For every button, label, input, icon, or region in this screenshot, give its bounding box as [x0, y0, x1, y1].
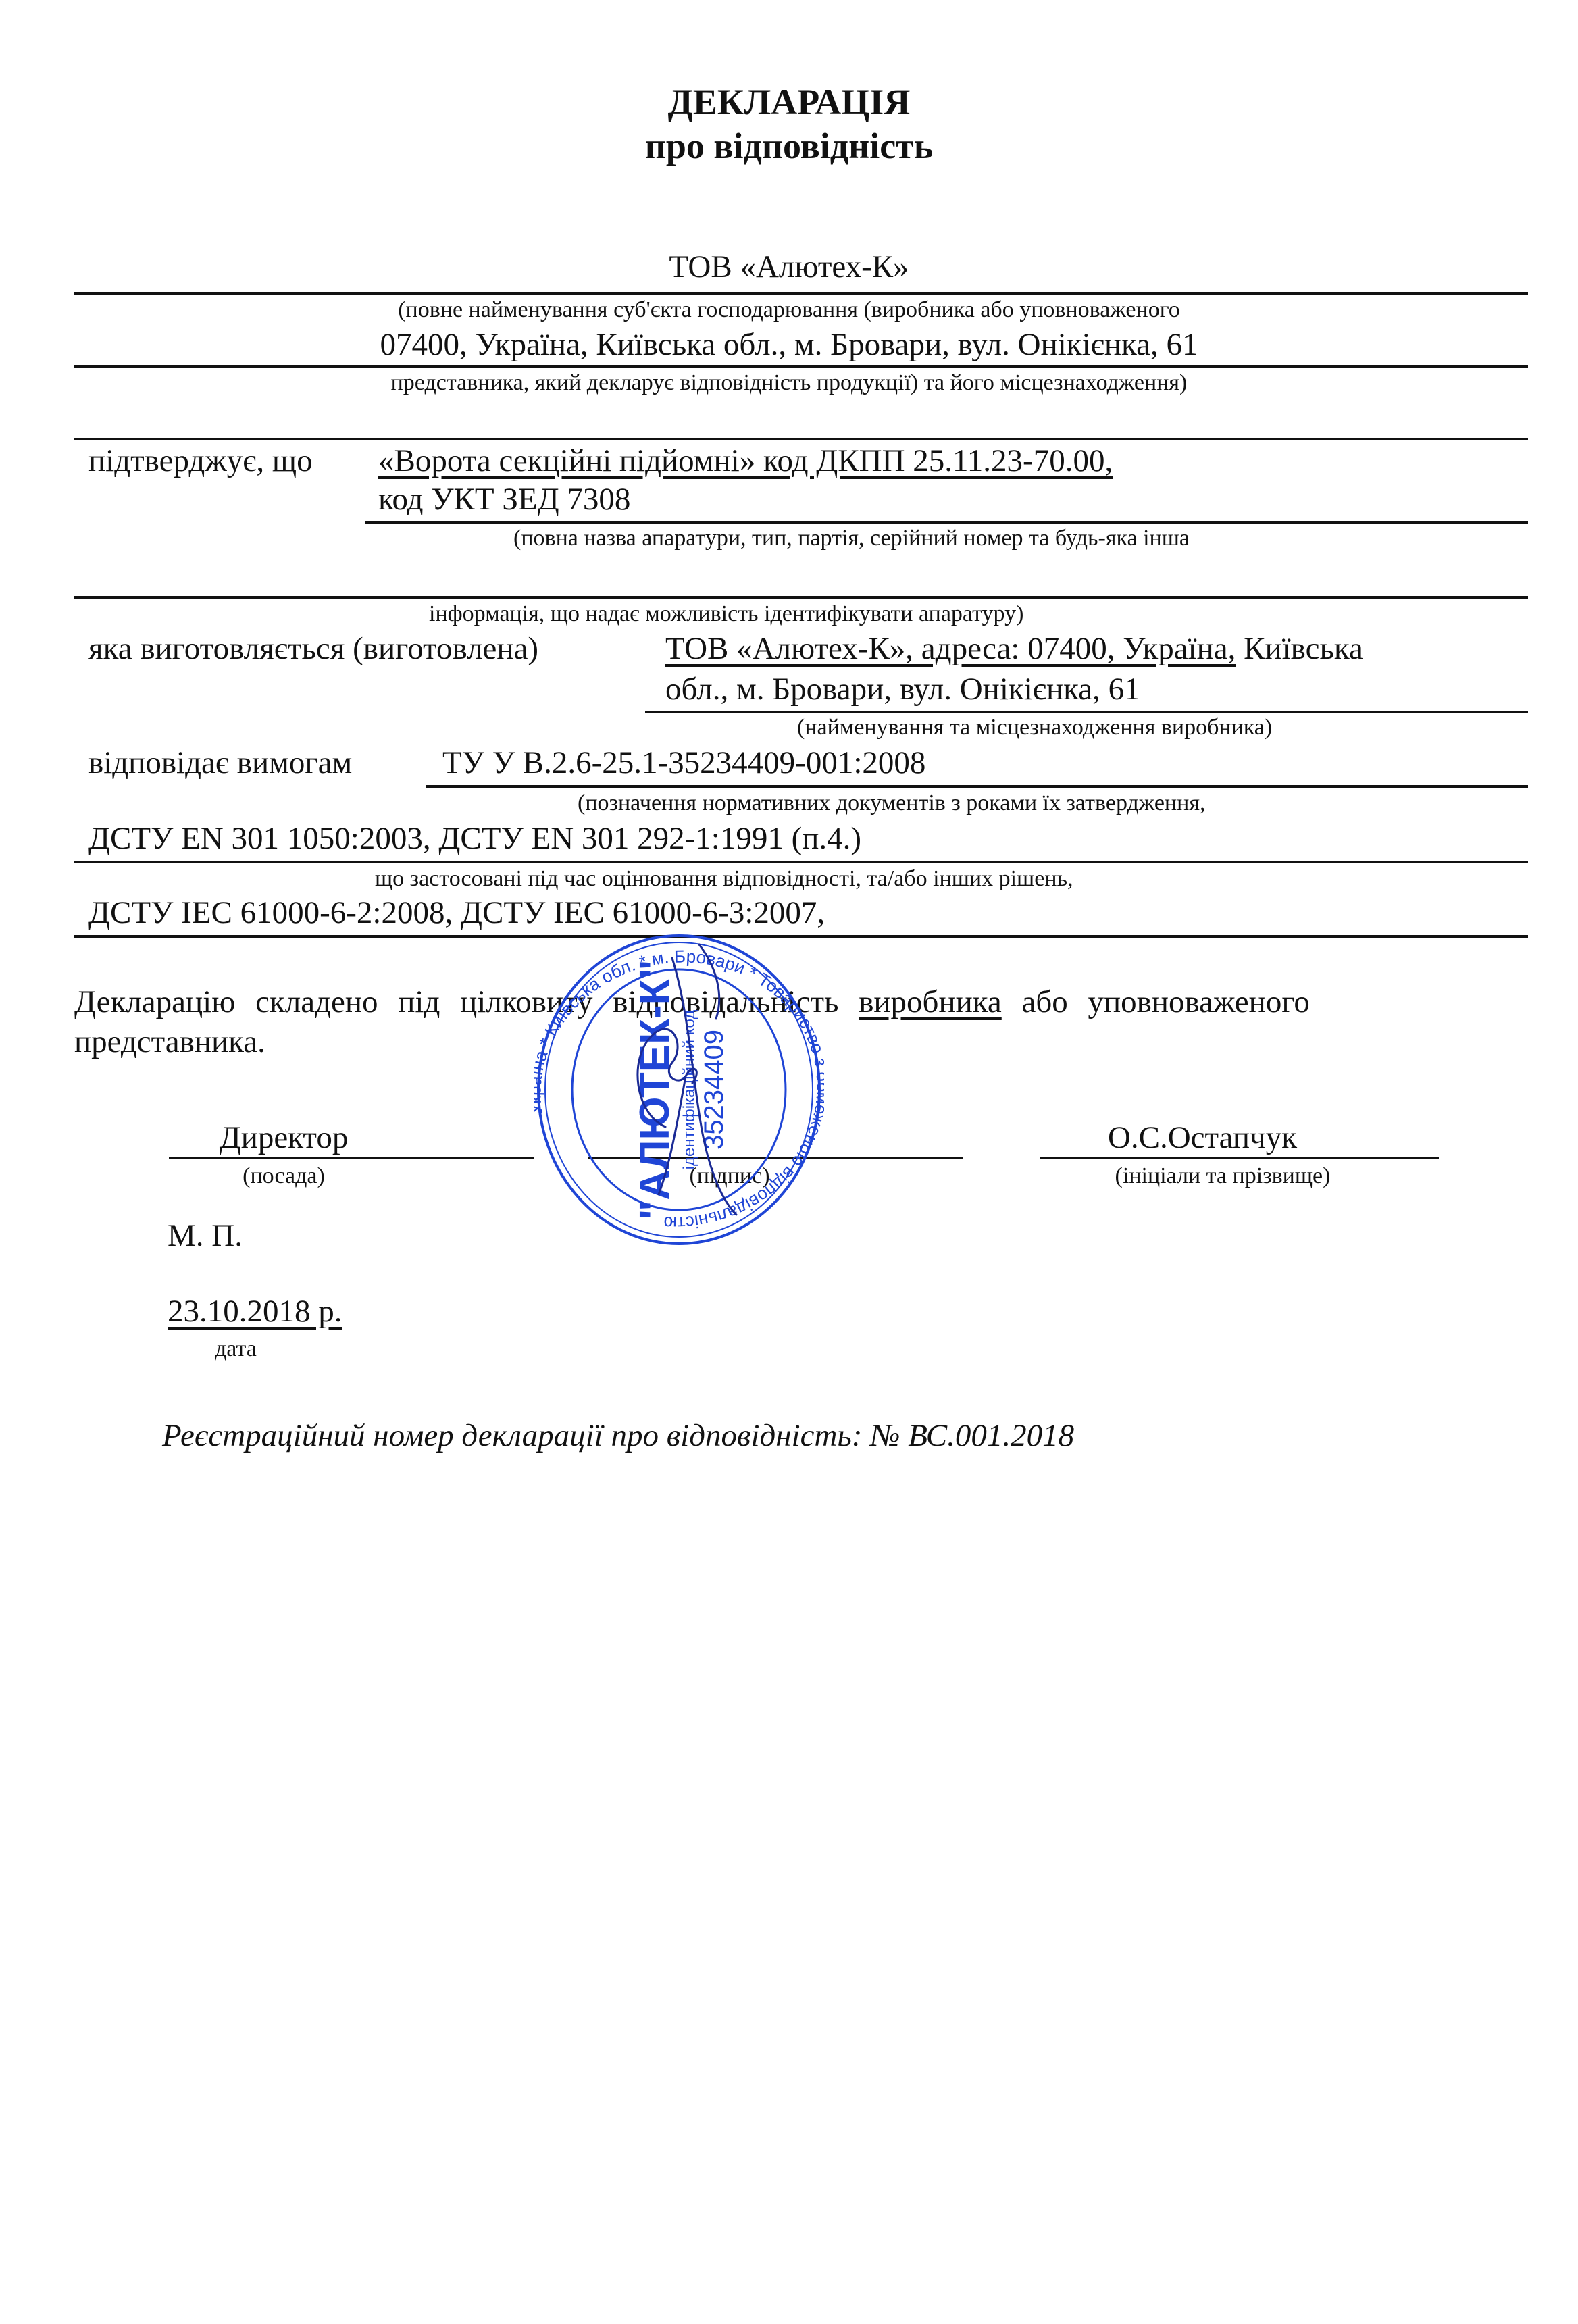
entity-name: ТОВ «Алютех-К»	[0, 249, 1578, 285]
stamp-code-value: 35234409	[699, 1030, 729, 1150]
seal-label: М. П.	[168, 1217, 243, 1254]
divider	[426, 785, 1528, 788]
divider	[74, 365, 1528, 368]
product-caption-2: інформація, що надає можливість ідентифі…	[429, 601, 1023, 627]
requirements-caption-1: (позначення нормативних документів з рок…	[578, 790, 1205, 816]
signatory-name: О.С.Остапчук	[1061, 1119, 1344, 1156]
manufacturer-line-2: обл., м. Бровари, вул. Онікієнка, 61	[665, 671, 1140, 707]
entity-name-caption: (повне найменування суб'єкта господарюва…	[0, 297, 1578, 323]
product-line-1: «Ворота секційні підйомні» код ДКПП 25.1…	[378, 443, 1113, 479]
requirements-caption-2: що застосовані під час оцінювання відпов…	[375, 866, 1073, 892]
company-stamp-icon: Україна * Київська обл. * м. Бровари * Т…	[534, 931, 824, 1248]
svg-text:Україна * Київська обл. * м. Б: Україна * Київська обл. * м. Бровари * Т…	[534, 931, 824, 1248]
document-title: ДЕКЛАРАЦІЯ	[0, 81, 1578, 123]
requirements-line-1: ТУ У В.2.6-25.1-35234409-001:2008	[442, 744, 925, 781]
responsibility-line-2: представника.	[74, 1024, 265, 1060]
document-subtitle: про відповідність	[0, 125, 1578, 167]
manufacturer-line-1: ТОВ «Алютех-К», адреса: 07400, Україна, …	[665, 630, 1363, 667]
stamp-ring-text: Україна * Київська обл. * м. Бровари * Т…	[534, 931, 824, 1248]
position-line	[169, 1157, 534, 1159]
registration-number: Реєстраційний номер декларації про відпо…	[162, 1417, 1074, 1454]
entity-address-caption: представника, який декларує відповідніст…	[0, 370, 1578, 396]
signatory-name-caption: (ініціали та прізвище)	[1054, 1163, 1392, 1189]
divider	[74, 292, 1528, 295]
requirements-line-3: ДСТУ IEC 61000-6-2:2008, ДСТУ IEC 61000-…	[88, 894, 825, 931]
product-label: підтверджує, що	[88, 443, 313, 479]
date-value: 23.10.2018 р.	[168, 1293, 342, 1330]
requirements-line-2: ДСТУ EN 301 1050:2003, ДСТУ EN 301 292-1…	[88, 820, 861, 857]
divider	[74, 596, 1528, 599]
responsibility-text-end: або уповноваженого	[1002, 984, 1310, 1019]
divider	[74, 438, 1528, 440]
position-value: Директор	[169, 1119, 399, 1156]
manufacturer-region: Київська	[1236, 631, 1363, 666]
divider	[645, 711, 1528, 713]
product-line-2: код УКТ ЗЕД 7308	[378, 481, 630, 517]
divider	[74, 861, 1528, 863]
name-line	[1040, 1157, 1439, 1159]
position-caption: (посада)	[169, 1163, 399, 1189]
requirements-label: відповідає вимогам	[88, 744, 352, 781]
date-caption: дата	[215, 1336, 257, 1362]
manufacturer-caption: (найменування та місцезнаходження виробн…	[797, 715, 1272, 740]
product-caption-1: (повна назва апаратури, тип, партія, сер…	[513, 526, 1190, 551]
manufacturer-label: яка виготовляється (виготовлена)	[88, 630, 538, 667]
entity-address: 07400, Україна, Київська обл., м. Бровар…	[0, 326, 1578, 363]
manufacturer-word: виробника	[859, 984, 1002, 1019]
divider	[365, 521, 1528, 524]
manufacturer-name-address: ТОВ «Алютех-К», адреса: 07400, Україна,	[665, 631, 1236, 666]
